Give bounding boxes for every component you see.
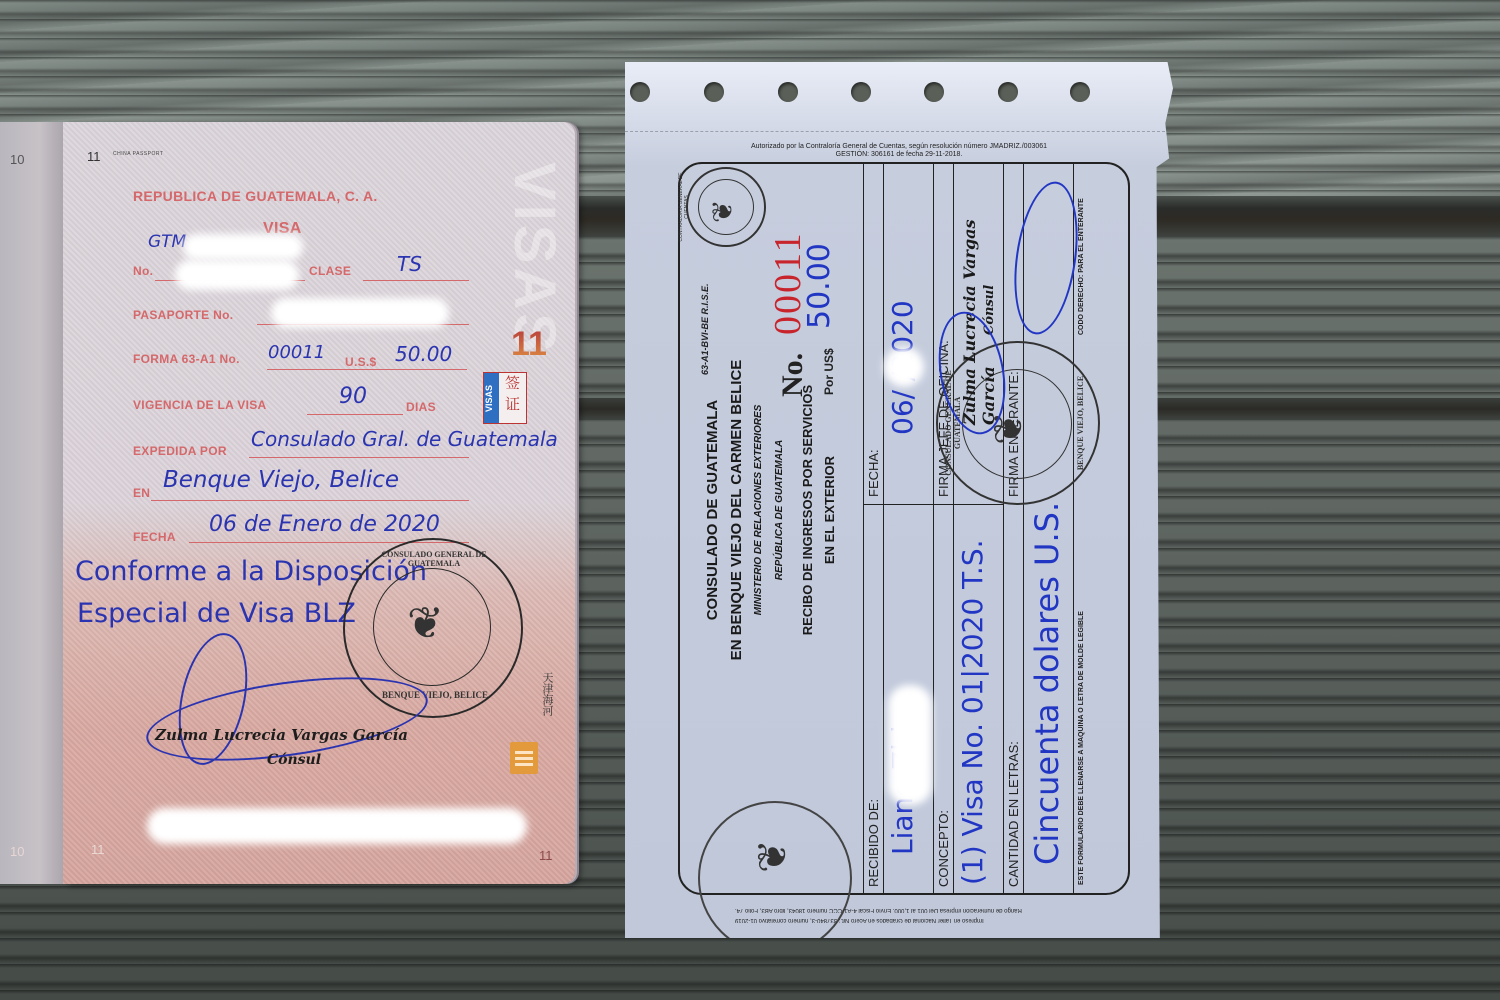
page-number: 11 — [539, 848, 553, 863]
contraloria-seal: ❦ CONTRALORIA GENERAL DE CUENTAS — [686, 167, 766, 247]
redaction — [175, 260, 299, 290]
partial-seal: ❦ — [698, 801, 852, 955]
fecha-value: 06 de Enero de 2020 — [209, 512, 440, 537]
page-number: 11 — [87, 149, 101, 164]
dias-label: DIAS — [406, 400, 436, 414]
trigram-icon — [510, 742, 538, 774]
por-usd-label: Por US$ — [822, 348, 836, 395]
vigencia-value: 90 — [339, 384, 367, 409]
amount-value: 50.00 — [802, 243, 837, 329]
pasaporte-label: PASAPORTE No. — [133, 308, 233, 322]
usd-value: 50.00 — [395, 342, 452, 366]
tractor-hole — [704, 82, 724, 102]
redaction — [884, 347, 924, 387]
expedida-value: Consulado Gral. de Guatemala — [251, 427, 558, 451]
tractor-hole — [851, 82, 871, 102]
form-instructions: ESTE FORMULARIO DEBE LLENARSE A MAQUINA … — [1078, 611, 1085, 885]
perforation-line — [625, 131, 1165, 132]
cantidad-label: CANTIDAD EN LETRAS: — [1006, 741, 1021, 887]
tractor-hole — [630, 82, 650, 102]
receipt-header-1: CONSULADO DE GUATEMALA — [704, 345, 721, 675]
handwritten-gtm: GTM — [148, 232, 186, 252]
redaction — [183, 234, 303, 260]
big-page-number: 11 — [511, 325, 547, 364]
coat-of-arms-icon: ❦ — [407, 598, 444, 649]
receipt-form: ❦ CONTRALORIA GENERAL DE CUENTAS 63-A1-B… — [678, 162, 1130, 895]
usd-label: U.S.$ — [345, 355, 377, 369]
no-label: No. — [133, 264, 153, 278]
redaction — [888, 685, 932, 805]
fecha-label: FECHA — [133, 530, 176, 544]
forma-label: FORMA 63-A1 No. — [133, 352, 240, 366]
receipt-header-2: EN BENQUE VIEJO DEL CARMEN BELICE — [728, 345, 745, 675]
cantidad-value: Cincuenta dolares U.S. — [1028, 502, 1066, 865]
stamp-title: REPUBLICA DE GUATEMALA, C. A. — [133, 188, 378, 204]
receipt-header-3: MINISTERIO DE RELACIONES EXTERIORES — [753, 345, 764, 675]
fecha-label: FECHA: — [866, 449, 881, 497]
coat-of-arms-icon: ❦ — [706, 200, 739, 223]
clase-value: TS — [397, 252, 422, 276]
tractor-hole — [998, 82, 1018, 102]
tractor-hole — [778, 82, 798, 102]
consulate-receipt: Autorizado por la Contraloría General de… — [625, 62, 1173, 938]
side-chinese-text: 天津海河 — [539, 672, 555, 716]
redaction — [271, 298, 449, 328]
coat-of-arms-icon: ❦ — [750, 839, 796, 873]
doc-label: CHINA PASSPORT — [113, 151, 163, 157]
printer-footer-line: Rango de numeración impresa Del 001 al 1… — [735, 907, 1022, 913]
concepto-label: CONCEPTO: — [936, 810, 951, 887]
clase-label: CLASE — [309, 264, 351, 278]
passport-left-page: 10 10 — [0, 122, 66, 884]
page-number: 10 — [10, 844, 24, 859]
printer-footer-line: Impreso en Taller Nacional de Grabados e… — [735, 917, 984, 923]
consul-name: Zulma Lucrecia Vargas García — [155, 726, 408, 744]
redaction — [147, 808, 527, 844]
en-label: EN — [133, 486, 150, 500]
concepto-value: (1) Visa No. 01|2020 T.S. — [956, 540, 989, 886]
page-number: 10 — [10, 152, 24, 167]
vigencia-label: VIGENCIA DE LA VISA — [133, 398, 267, 412]
tractor-hole — [1070, 82, 1090, 102]
tractor-hole — [924, 82, 944, 102]
codo-derecho-note: CODO DERECHO: PARA EL ENTERANTE — [1078, 198, 1085, 335]
en-value: Benque Viejo, Belice — [163, 467, 399, 493]
no-label: No. — [776, 353, 810, 397]
page-number: 11 — [91, 842, 105, 857]
handwritten-note-line2: Especial de Visa BLZ — [77, 598, 356, 629]
recibido-label: RECIBIDO DE: — [866, 799, 881, 887]
expedida-label: EXPEDIDA POR — [133, 444, 227, 458]
consul-title: Cónsul — [267, 752, 321, 768]
visa-badge-icon: VISAS 签证 — [483, 372, 527, 424]
forma-value: 00011 — [268, 342, 325, 363]
authorization-text: Autorizado por la Contraloría General de… — [625, 143, 1173, 159]
passport-visa-page: 11 CHINA PASSPORT VISAS 11 VISAS 签证 REPU… — [63, 122, 575, 884]
